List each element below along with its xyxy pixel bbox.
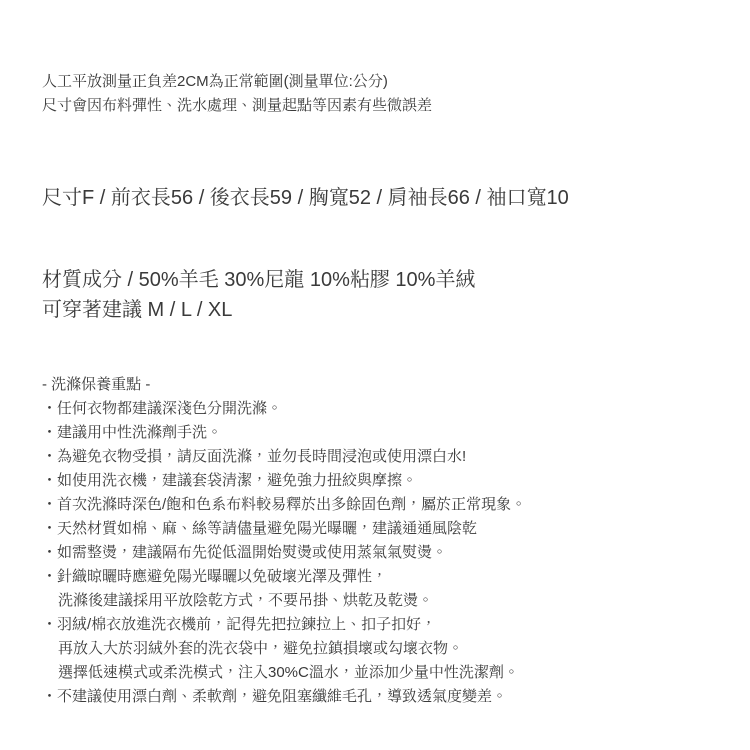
measurement-notice: 人工平放測量正負差2CM為正常範圍(測量單位:公分) 尺寸會因布料彈性、洗水處理… xyxy=(42,70,710,118)
care-line-continuation: 再放入大於羽絨外套的洗衣袋中，避免拉鎮損壞或勾壞衣物。 xyxy=(42,637,710,661)
care-line: ・任何衣物都建議深淺色分開洗滌。 xyxy=(42,397,710,421)
material-composition: 材質成分 / 50%羊毛 30%尼龍 10%粘膠 10%羊絨 xyxy=(42,265,710,295)
care-line: ・針織晾曬時應避免陽光曝曬以免破壞光澤及彈性， xyxy=(42,565,710,589)
care-line: ・羽絨/棉衣放進洗衣機前，記得先把拉鍊拉上、扣子扣好， xyxy=(42,613,710,637)
material-info: 材質成分 / 50%羊毛 30%尼龍 10%粘膠 10%羊絨 可穿著建議 M /… xyxy=(42,265,710,325)
care-line-continuation: 選擇低速模式或柔洗模式，注入30%C溫水，並添加少量中性洗潔劑。 xyxy=(42,661,710,685)
product-detail-page: 人工平放測量正負差2CM為正常範圍(測量單位:公分) 尺寸會因布料彈性、洗水處理… xyxy=(0,0,750,750)
care-line: ・為避免衣物受損，請反面洗滌，並勿長時間浸泡或使用漂白水! xyxy=(42,445,710,469)
care-line: ・首次洗滌時深色/飽和色系布料較易釋於出多餘固色劑，屬於正常現象。 xyxy=(42,493,710,517)
care-line: ・天然材質如棉、麻、絲等請儘量避免陽光曝曬，建議通通風陰乾 xyxy=(42,517,710,541)
notice-line: 尺寸會因布料彈性、洗水處理、測量起點等因素有些微誤差 xyxy=(42,94,710,118)
care-line: ・如需整燙，建議隔布先從低溫開始熨燙或使用蒸氣氣熨燙。 xyxy=(42,541,710,565)
care-line: ・如使用洗衣機，建議套袋清潔，避免強力扭絞與摩擦。 xyxy=(42,469,710,493)
care-instructions: - 洗滌保養重點 - ・任何衣物都建議深淺色分開洗滌。 ・建議用中性洗滌劑手洗。… xyxy=(42,373,710,709)
care-line: ・不建議使用漂白劑、柔軟劑，避免阻塞纖維毛孔，導致透氣度變差。 xyxy=(42,685,710,709)
care-line-continuation: 洗滌後建議採用平放陰乾方式，不要吊掛、烘乾及乾燙。 xyxy=(42,589,710,613)
care-heading: - 洗滌保養重點 - xyxy=(42,373,710,397)
size-spec-text: 尺寸F / 前衣長56 / 後衣長59 / 胸寬52 / 肩袖長66 / 袖口寬… xyxy=(42,183,710,213)
care-line: ・建議用中性洗滌劑手洗。 xyxy=(42,421,710,445)
wear-suggestion: 可穿著建議 M / L / XL xyxy=(42,295,710,325)
notice-line: 人工平放測量正負差2CM為正常範圍(測量單位:公分) xyxy=(42,70,710,94)
